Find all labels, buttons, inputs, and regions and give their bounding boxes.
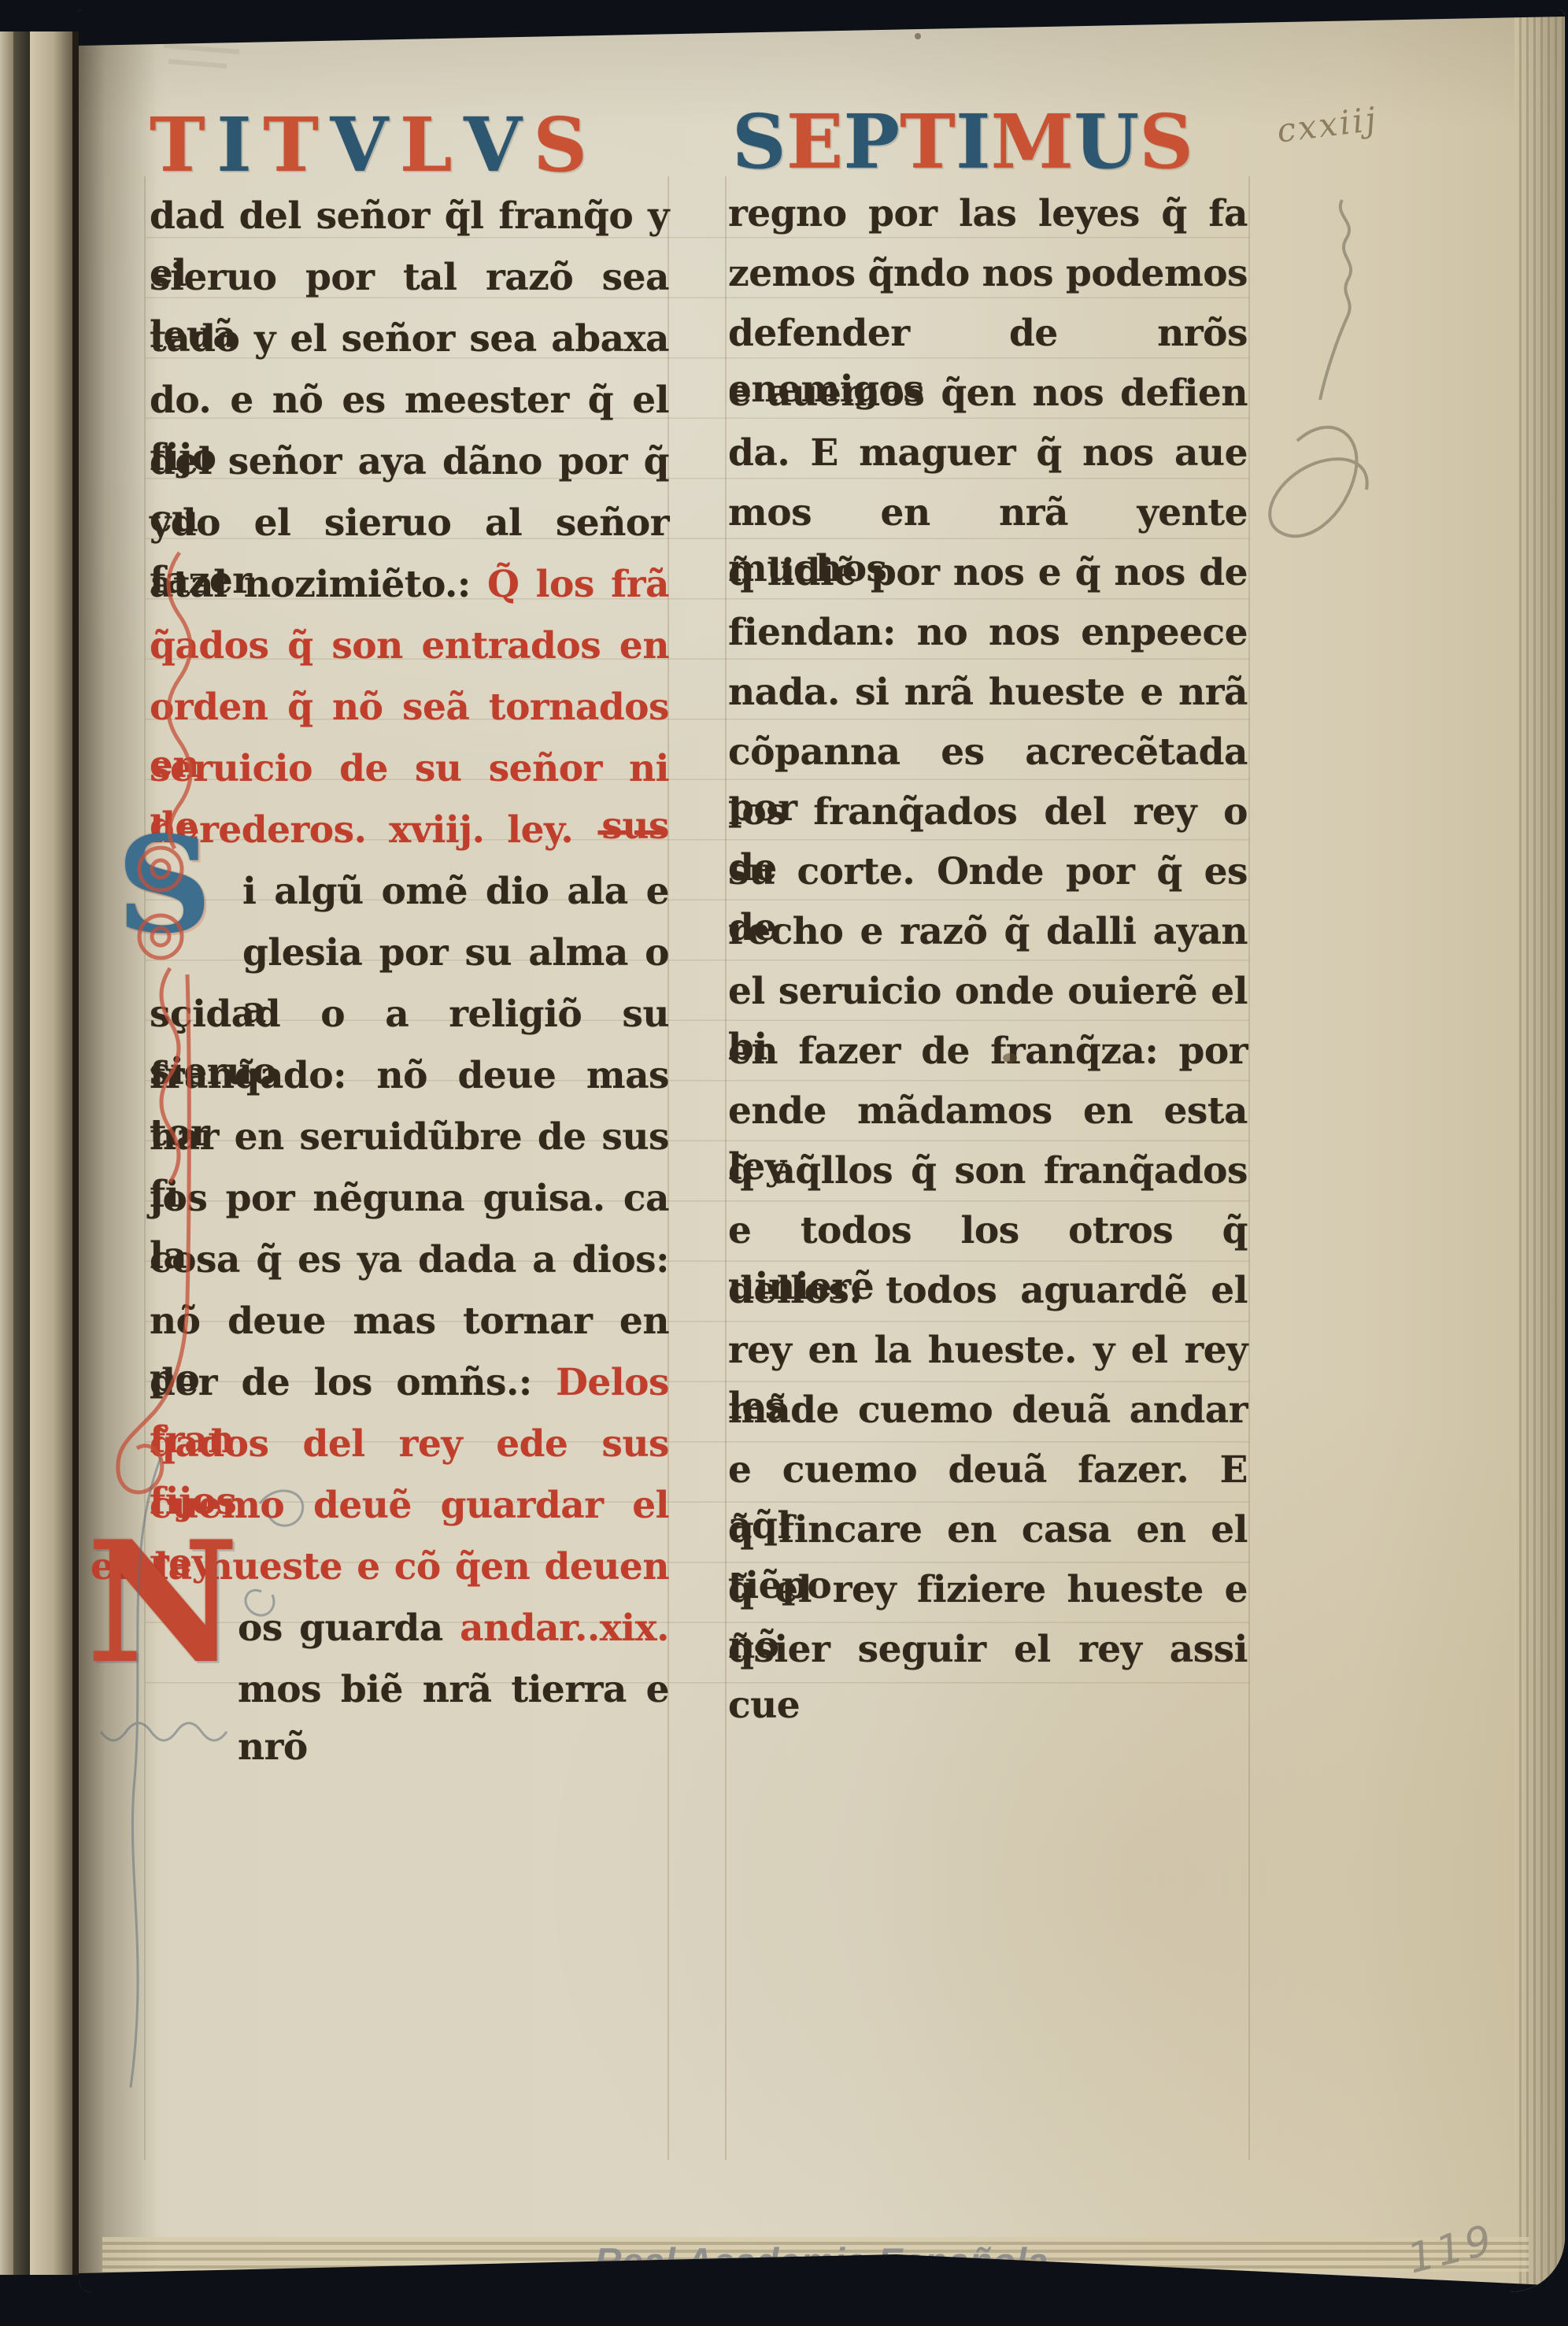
body-text: en fazer de franq̃za: por	[728, 1030, 1248, 1073]
title-letter: S	[732, 105, 786, 179]
manuscript-line: su corte. Onde por q̃ es de	[728, 844, 1248, 904]
manuscript-line: regno por las leyes q̃ fa	[728, 186, 1248, 246]
manuscript-line: del señor aya dãno por q̃ cu	[150, 433, 669, 494]
rubric-text: andar..xix.	[460, 1607, 669, 1650]
body-text: mãde cuemo deuã andar	[728, 1389, 1248, 1432]
manuscript-line: ende mãdamos en esta ley	[728, 1083, 1248, 1143]
manuscript-line: e auemos q̃en nos defien	[728, 365, 1248, 425]
body-text: cosa q̃ es ya dada a dios:	[150, 1238, 669, 1281]
manuscript-line: recho e razõ q̃ dalli ayan	[728, 904, 1248, 963]
body-text: i algũ omẽ dio ala e	[242, 870, 669, 913]
title-letter: V	[331, 108, 389, 183]
text-column-left: dad del señor q̃l franq̃o y elsieruo por…	[150, 187, 669, 1722]
title-letter: S	[1139, 105, 1193, 179]
title-letter: S	[533, 108, 587, 183]
manuscript-line: ydo el sieruo al señor fazer	[150, 494, 669, 556]
body-text: q̃sier seguir el rey assi cue	[728, 1628, 1248, 1727]
right-margin-pen-trial	[1270, 200, 1366, 536]
body-text: fiendan: no nos enpeece	[728, 611, 1248, 654]
manuscript-line: mãde cuemo deuã andar	[728, 1382, 1248, 1442]
text-column-right: regno por las leyes q̃ fazemos q̃ndo nos…	[728, 186, 1248, 1681]
body-text: e auemos q̃en nos defien	[728, 372, 1248, 415]
rubric-text: Q̃ los frã	[487, 563, 669, 606]
manuscript-line: nar en seruidũbre de sus fi	[150, 1108, 669, 1170]
manuscript-line: franq̃ado: nõ deue mas tor	[150, 1047, 669, 1108]
manuscript-line: defender de nrõs enemigos	[728, 305, 1248, 365]
manuscript-line: e todos los otros q̃ uinierẽ	[728, 1203, 1248, 1263]
title-letter: E	[786, 105, 843, 179]
folio-gap-shadow	[13, 31, 30, 2275]
body-text: nada. si nrã hueste e nrã	[728, 671, 1248, 714]
folio-number: 119	[1403, 2216, 1499, 2283]
manuscript-line: tado y el señor sea abaxa	[150, 310, 669, 372]
manuscript-line: q̃ados q̃ son entrados en	[150, 617, 669, 679]
manuscript-line: da. E maguer q̃ nos aue	[728, 425, 1248, 485]
manuscript-line: mos en nrã yente muchos	[728, 485, 1248, 545]
title-letter: M	[991, 105, 1074, 179]
manuscript-line: mos biẽ nrã tierra e nrõ	[238, 1661, 669, 1722]
manuscript-line: do. e nõ es meester q̃ el fijo	[150, 372, 669, 433]
manuscript-page: TITVLVS SEPTIMUS cxxiij dad del señor q̃…	[79, 9, 1565, 2292]
manuscript-line: fiendan: no nos enpeece	[728, 605, 1248, 664]
manuscript-line: zemos q̃ndo nos podemos	[728, 246, 1248, 305]
manuscript-line: dad del señor q̃l franq̃o y el	[150, 187, 669, 249]
title-letter: I	[216, 108, 251, 183]
manuscript-line: nõ deue mas tornar en po	[150, 1292, 669, 1354]
body-text: q̃ aq̃llos q̃ son franq̃ados	[728, 1149, 1248, 1193]
body-text: recho e razõ q̃ dalli ayan	[728, 910, 1248, 953]
title-letter: I	[956, 105, 990, 179]
manuscript-line: q̃sier seguir el rey assi cue	[728, 1622, 1248, 1681]
manuscript-line: e cuemo deuã fazer. E aq̃l	[728, 1442, 1248, 1502]
manuscript-line: nada. si nrã hueste e nrã	[728, 664, 1248, 724]
manuscript-line: q̃ados del rey ede sus fijos	[150, 1415, 669, 1477]
title-letter: P	[844, 105, 900, 179]
manuscript-line: atal nozimiẽto.: Q̃ los frã	[150, 556, 669, 617]
manuscript-line: jos por nẽguna guisa. ca la	[150, 1170, 669, 1231]
manuscript-line: cõpanna es acrecẽtada por	[728, 724, 1248, 784]
title-letter: T	[263, 108, 319, 183]
manuscript-photo: TITVLVS SEPTIMUS cxxiij dad del señor q̃…	[0, 0, 1568, 2326]
body-text: dellos: todos aguardẽ el	[728, 1269, 1248, 1312]
manuscript-line: rey en la hueste. y el rey les	[728, 1322, 1248, 1382]
decorated-initial-n: N	[87, 1519, 239, 1686]
manuscript-line: orden q̃ nõ seã tornados en	[150, 679, 669, 740]
rubric-text: q̃ados q̃ son entrados en	[150, 624, 669, 667]
title-letter: T	[150, 108, 205, 183]
running-title-left: TITVLVS	[150, 96, 587, 194]
column-guide-line	[1248, 176, 1250, 2160]
page-top-edge	[79, 9, 1565, 47]
manuscript-line: q̃ lidiẽ por nos e q̃ nos de	[728, 545, 1248, 605]
running-title-right: SEPTIMUS	[732, 93, 1193, 191]
margin-note: cxxiij	[1274, 99, 1380, 150]
manuscript-line: q̃ aq̃llos q̃ son franq̃ados	[728, 1143, 1248, 1203]
page-edge-stack-right	[1514, 9, 1565, 2292]
stacked-folio-edge	[30, 31, 72, 2275]
manuscript-line: der de los omñs.: Delos fran	[150, 1354, 669, 1415]
manuscript-line: en fazer de franq̃za: por	[728, 1023, 1248, 1083]
manuscript-line: q̃ el rey fiziere hueste e nõ	[728, 1562, 1248, 1622]
manuscript-line: sieruo por tal razõ sea leuã	[150, 249, 669, 310]
manuscript-line: glesia por su alma o a	[242, 924, 669, 985]
body-text: mos biẽ nrã tierra e nrõ	[238, 1668, 669, 1769]
title-letter: U	[1074, 105, 1139, 179]
body-text: regno por las leyes q̃ fa	[728, 192, 1248, 235]
body-text: da. E maguer q̃ nos aue	[728, 431, 1248, 475]
manuscript-line: seruicio de su señor ni de sus	[150, 740, 669, 801]
title-letter: L	[400, 108, 453, 183]
body-text: tado y el señor sea abaxa	[150, 317, 669, 361]
erased-inscription	[164, 46, 239, 66]
manuscript-line: os guarda andar..xix.	[238, 1599, 669, 1661]
body-text: os guarda	[238, 1607, 460, 1650]
manuscript-line: sçidad o a religiõ su sieruo	[150, 985, 669, 1047]
title-letter: T	[900, 105, 956, 179]
body-text: q̃ lidiẽ por nos e q̃ nos de	[728, 551, 1248, 594]
body-text: atal nozimiẽto.:	[150, 563, 487, 606]
manuscript-line: q̃ fincare en casa en el tiẽpo	[728, 1502, 1248, 1562]
decorated-initial-s: S	[116, 819, 212, 951]
body-text: zemos q̃ndo nos podemos	[728, 252, 1248, 295]
manuscript-line: dellos: todos aguardẽ el	[728, 1263, 1248, 1322]
stacked-folio-edge	[0, 31, 13, 2275]
body-text: der de los omñs.:	[150, 1361, 556, 1404]
title-letter: V	[464, 108, 522, 183]
column-guide-line	[144, 176, 146, 2160]
manuscript-line: los franq̃ados del rey o de	[728, 784, 1248, 844]
manuscript-line: herederos. xviij. ley. ——	[150, 801, 669, 863]
manuscript-line: el seruicio onde ouierẽ el bi	[728, 963, 1248, 1023]
rubric-text: herederos. xviij. ley. ——	[150, 808, 669, 852]
manuscript-line: cosa q̃ es ya dada a dios:	[150, 1231, 669, 1292]
column-guide-line	[725, 176, 727, 2160]
manuscript-line: i algũ omẽ dio ala e	[242, 863, 669, 924]
